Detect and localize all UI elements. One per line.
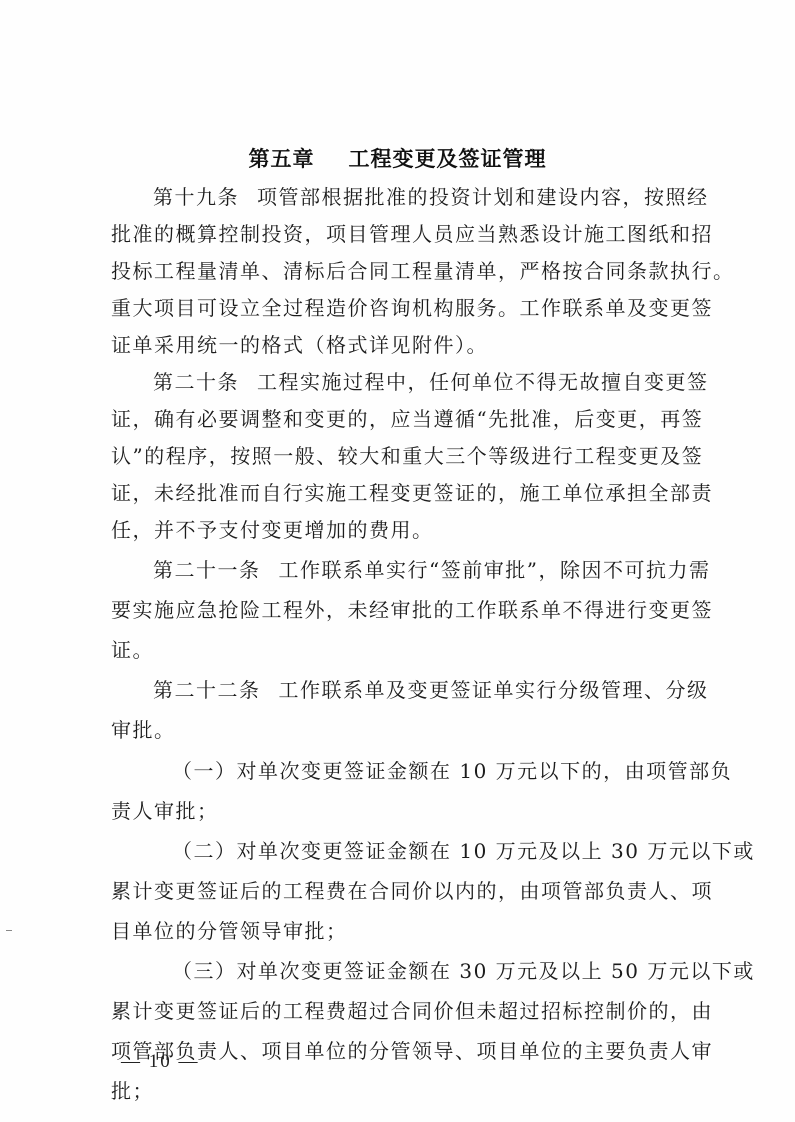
document-page: 第五章工程变更及签证管理 第十九条项管部根据批准的投资计划和建设内容，按照经 批… xyxy=(0,0,795,1122)
item-3-line-1: （三）对单次变更签证金额在 30 万元及以上 50 万元以下或 xyxy=(172,957,701,985)
article-19-line-4: 重大项目可设立全过程造价咨询机构服务。工作联系单及变更签 xyxy=(111,294,701,322)
item-1-line-2: 责人审批； xyxy=(111,797,701,825)
item-2-line-2: 累计变更签证后的工程费在合同价以内的，由项管部负责人、项 xyxy=(111,877,701,905)
article-20-line-5: 任，并不予支付变更增加的费用。 xyxy=(111,516,701,544)
article-20-line-1: 第二十条工程实施过程中，任何单位不得无故擅自变更签 xyxy=(153,368,701,396)
chapter-heading: 第五章工程变更及签证管理 xyxy=(0,143,795,173)
article-19-line-3: 投标工程量清单、清标后合同工程量清单，严格按合同条款执行。 xyxy=(111,257,701,285)
item-1-line-1: （一）对单次变更签证金额在 10 万元以下的，由项管部负 xyxy=(172,757,701,785)
article-20-line-2: 证，确有必要调整和变更的，应当遵循“先批准，后变更，再签 xyxy=(111,405,701,433)
item-3-line-4: 批； xyxy=(111,1077,701,1105)
item-2-line-1: （二）对单次变更签证金额在 10 万元及以上 30 万元以下或 xyxy=(172,837,701,865)
article-20-line-4: 证，未经批准而自行实施工程变更签证的，施工单位承担全部责 xyxy=(111,479,701,507)
chapter-title: 工程变更及签证管理 xyxy=(349,147,547,171)
item-2-line-3: 目单位的分管领导审批； xyxy=(111,917,701,945)
scan-margin-mark xyxy=(6,930,12,931)
chapter-number: 第五章 xyxy=(249,147,315,171)
article-21-line-2: 要实施应急抢险工程外，未经审批的工作联系单不得进行变更签 xyxy=(111,596,701,624)
article-label: 第十九条 xyxy=(153,185,239,209)
article-22-line-2: 审批。 xyxy=(111,716,701,744)
item-3-line-2: 累计变更签证后的工程费超过合同价但未超过招标控制价的，由 xyxy=(111,997,701,1025)
article-19-line-1: 第十九条项管部根据批准的投资计划和建设内容，按照经 xyxy=(153,183,701,211)
page-number: — 10 — xyxy=(121,1051,200,1073)
article-label: 第二十二条 xyxy=(153,678,261,702)
article-21-line-1: 第二十一条工作联系单实行“签前审批”，除因不可抗力需 xyxy=(153,556,701,584)
article-20-line-3: 认”的程序，按照一般、较大和重大三个等级进行工程变更及签 xyxy=(111,442,701,470)
article-19-line-2: 批准的概算控制投资，项目管理人员应当熟悉设计施工图纸和招 xyxy=(111,220,701,248)
article-19-line-5: 证单采用统一的格式（格式详见附件）。 xyxy=(111,331,701,359)
article-label: 第二十一条 xyxy=(153,558,261,582)
article-21-line-3: 证。 xyxy=(111,636,701,664)
article-22-line-1: 第二十二条工作联系单及变更签证单实行分级管理、分级 xyxy=(153,676,701,704)
article-label: 第二十条 xyxy=(153,370,239,394)
